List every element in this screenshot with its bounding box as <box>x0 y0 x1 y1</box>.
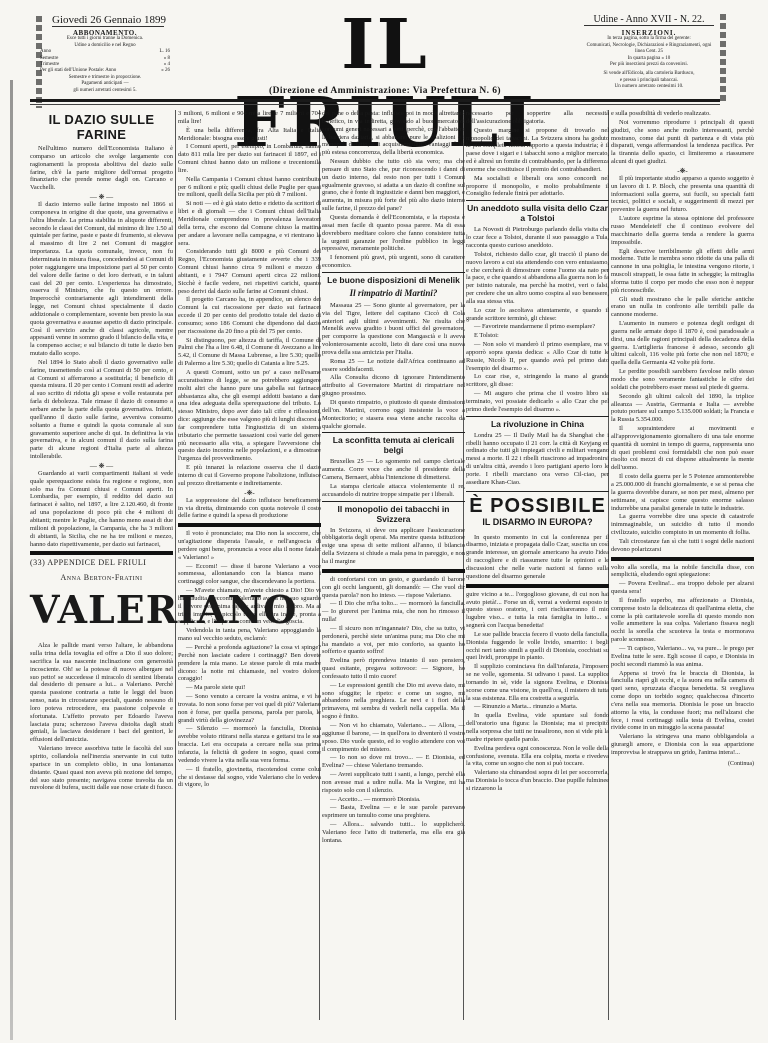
article-paragraph: Bruxelles 25 — Lo sgomento nel campo cle… <box>322 458 465 482</box>
masthead-rule-thin <box>30 104 720 105</box>
article-paragraph: Il costo della guerra per le 5 Potenze a… <box>611 473 754 512</box>
article-paragraph: Nell'ultimo numero dell'Economista Itali… <box>30 145 173 192</box>
article-headline-belgi: La sconfitta temuta ai clericali belgi <box>322 432 465 455</box>
section-rule <box>322 569 465 573</box>
advertising-line: Un numero arretrato centesimi 10. <box>582 84 716 90</box>
subscription-note: gli numeri arretrati centesimi 5. <box>40 88 170 94</box>
feuilleton-paragraph: Il voto è pronunciato; ma Dio non la soc… <box>178 530 321 561</box>
feuilleton-paragraph: Il fratello superbo, ma affezionato a Di… <box>611 597 754 644</box>
article-paragraph: Il più importante studio apparso a quest… <box>611 175 754 214</box>
feuilleton-paragraph: — Silenzio — mormorò la fanciulla, Dioni… <box>178 725 321 764</box>
feuilleton-paragraph: — Il Dio che m'ha tolto... — mormorò la … <box>322 600 465 624</box>
feuilleton-paragraph: — Avrei supplicato tutti i santi, a lung… <box>322 771 465 795</box>
feuilleton-paragraph: — Ti capisco, Valeriano... va, va pure..… <box>611 645 754 669</box>
ornament-divider: -❋- <box>178 489 321 497</box>
feuilleton-paragraph: di confortarsi con un gesto, e guardando… <box>322 576 465 600</box>
article-paragraph: Nella Campania i Comuni chiusi hanno con… <box>178 176 321 200</box>
section-rule <box>178 523 321 527</box>
article-paragraph: E Tolstoi: <box>466 332 609 340</box>
article-paragraph: L'autore esprime la stessa opinione del … <box>611 215 754 246</box>
article-paragraph: Nessun dubbio che tutto ciò sia vero; ma… <box>322 158 465 213</box>
article-paragraph: Si distinguono, per altezza di tariffa, … <box>178 337 321 368</box>
feuilleton-header: (33) APPENDICE DEL FRIULI <box>30 558 173 568</box>
article-headline-tolstoi: Un aneddoto sulla visita dello Czar a To… <box>466 200 609 223</box>
feuilleton-paragraph: — Basta, Evelina — e le sue parole parev… <box>322 804 465 820</box>
article-paragraph: Nel 1894 lo Stato abolì il dazio governa… <box>30 359 173 461</box>
article-paragraph: 3 milioni, 6 milioni e 904 mila lire, e … <box>178 110 321 126</box>
column-rule <box>175 110 176 1020</box>
article-paragraph: Tolstoi, richiesto dallo czar, gli tracc… <box>466 251 609 306</box>
article-paragraph: Considerando tutti gli 8000 e più Comuni… <box>178 248 321 295</box>
article-paragraph: I Comuni aperti, per esempio, in Lombard… <box>178 143 321 174</box>
article-paragraph: Alla Consulta dicono di ignorare l'inten… <box>322 374 465 398</box>
article-paragraph: La Novosti di Pietroburgo parlando della… <box>466 226 609 250</box>
feuilleton-paragraph: — Io non so dove mi trovo... — E Dionisi… <box>322 754 465 770</box>
column-5: e sulla possibilità di vederlo realizzat… <box>611 110 754 769</box>
article-paragraph: e sulla possibilità di vederlo realizzat… <box>611 110 754 118</box>
article-paragraph: A questi Comuni, sotto un po' a caso nel… <box>178 369 321 463</box>
feuilleton-paragraph: — Ma parole siete qui! <box>178 684 321 692</box>
rate-label: Per gli stati dell'Unione Postale: Anno <box>40 68 116 74</box>
article-paragraph: E più innanzi la relazione osserva che i… <box>178 464 321 488</box>
feuilleton-paragraph: Valeriano invece assorbiva tutte le faco… <box>30 745 173 792</box>
column-4: necessario per sopperire alla necessità … <box>466 110 609 794</box>
feuilleton-paragraph: Vedendola in tanta pena, Valeriano appog… <box>178 627 321 643</box>
article-paragraph: Massaua 25 — Sono giunte al governatore,… <box>322 302 465 357</box>
feuilleton-paragraph: Le sue pallide braccia fecero il vuoto d… <box>466 631 609 662</box>
feuilleton-paragraph: Evelina perdeva ogni conoscenza. Non le … <box>466 745 609 769</box>
feuilleton-paragraph: Valeriano sta chinandosi sopra di lei pe… <box>466 769 609 793</box>
advertising-line: Comunicati, Necrologie, Dichiarazioni e … <box>582 43 716 56</box>
article-paragraph: Questo margine si propone di trovarlo ne… <box>466 127 609 174</box>
article-paragraph: del pane o della pasta: influisce poi in… <box>322 110 465 157</box>
issue-number: Udine - Anno XVII - N. 22. <box>584 14 714 26</box>
article-paragraph: Noi vorremmo riprodurre i principali di … <box>611 119 754 166</box>
rate-value: » 26 <box>161 68 170 74</box>
feuilleton-paragraph: — Accetto... — mormorò Dionisia. <box>322 796 465 804</box>
article-paragraph: Il dazio interno sulle farine imposto ne… <box>30 201 173 358</box>
page-edge-shadow <box>10 80 13 1040</box>
article-paragraph: L'aumento in numero e potenza degli ordi… <box>611 320 754 367</box>
article-paragraph: — Non solo vi manderò il primo esemplare… <box>466 341 609 372</box>
feuilleton-paragraph: — Il sicuro non m'ingannate? Dio, che sa… <box>322 625 465 656</box>
article-headline-cina: La rivoluzione in China <box>466 416 609 429</box>
feuilleton-paragraph: Alza le pallide mani verso l'altare, le … <box>30 642 173 744</box>
feuilleton-paragraph: guire vicino a te... l'orgoglioso giovan… <box>466 591 609 630</box>
article-paragraph: I fenomeni più gravi, più urgenti, sono … <box>322 254 465 270</box>
article-paragraph: La stampa clericale attacca violentement… <box>322 483 465 499</box>
article-subheadline-martini: Il rimpatrio di Martini? <box>322 288 465 299</box>
feuilleton-paragraph: Evelina però riprendeva intanto il suo p… <box>322 657 465 681</box>
article-paragraph: — Mi auguro che prima che il vostro libr… <box>466 390 609 414</box>
article-paragraph: — Favorirete mandarmene il primo esempla… <box>466 323 609 331</box>
newspaper-address: (Direzione ed Amministrazione: Via Prefe… <box>196 86 574 96</box>
feuilleton-paragraph: — Povera Evelina!... era troppo debole p… <box>611 580 754 596</box>
feuilleton-paragraph: — Il fratello, giovinetta, riscotendosi … <box>178 766 321 790</box>
ornament-divider: — ❋ — <box>30 193 173 201</box>
article-paragraph: In Svizzera, si deve ora applicare l'ass… <box>322 527 465 566</box>
feuilleton-paragraph: — Allora... salvando tutti... lo supplic… <box>322 821 465 845</box>
article-paragraph: La guerra vorrebbe dire una specie di ca… <box>611 513 754 537</box>
article-subheadline-disarmo: IL DISARMO IN EUROPA? <box>466 517 609 528</box>
advertising-box: INSERZIONI. In terza pagina, sotto la fi… <box>582 30 716 91</box>
article-paragraph: Il progetto Carcano ha, in appendice, un… <box>178 296 321 335</box>
article-paragraph: Si noti — ed è già stato detto e ridetto… <box>178 200 321 247</box>
article-paragraph: Gli studi mostrano che le palle sferiche… <box>611 296 754 320</box>
article-headline-svizzera: Il monopolio dei tabacchi in Svizzera <box>322 501 465 524</box>
article-paragraph: Lo czar rise, e, stringendo la mano al g… <box>466 373 609 389</box>
article-paragraph: Le perdite possibili sarebbero favolose … <box>611 368 754 392</box>
feuilleton-paragraph: In quella Evelina, vide spuntare sul fon… <box>466 712 609 743</box>
feuilleton-paragraph: — Perchè a profonda agitazione? la cosa … <box>178 644 321 683</box>
feuilleton-paragraph: — Non vi ho chiamato, Valeriano... — All… <box>322 722 465 753</box>
section-rule <box>611 557 754 561</box>
feuilleton-paragraph: — Rinunzio a Marta... rinunzio a Marta. <box>466 703 609 711</box>
masthead: Giovedì 26 Gennaio 1899 ABBONAMENTO. Esc… <box>0 0 768 110</box>
vertical-margin-text-right <box>720 14 726 104</box>
article-headline-possibile: È POSSIBILE <box>466 495 609 517</box>
article-headline-menelik: Le buone disposizioni di Menelik <box>322 272 465 285</box>
article-paragraph: Il sopraintendere ai movimenti e all'app… <box>611 425 754 472</box>
column-3: del pane o della pasta: influisce poi in… <box>322 110 465 846</box>
newspaper-page: Giovedì 26 Gennaio 1899 ABBONAMENTO. Esc… <box>0 0 768 1043</box>
column-1: IL DAZIO SULLE FARINE Nell'ultimo numero… <box>30 110 173 793</box>
article-paragraph: Di questo rimpatrio, o piuttosto di ques… <box>322 399 465 430</box>
ornament-divider: -❋- <box>611 167 754 175</box>
article-paragraph: Secondo gli ultimi calcoli del 1890, la … <box>611 393 754 424</box>
subscription-box: ABBONAMENTO. Esce tutti i giorni tranne … <box>40 30 170 94</box>
article-paragraph: Egli descrive terribilmente gli effetti … <box>611 248 754 295</box>
feuilleton-title: VALERIANO <box>30 588 173 632</box>
masthead-rule <box>30 99 720 102</box>
article-paragraph: Guardando ai varii compartimenti italian… <box>30 470 173 548</box>
feuilleton-paragraph: — Eccomi! — disse il barone Valeriano a … <box>178 563 321 587</box>
article-paragraph: È una bella differenza, fra Alta Italia … <box>178 127 321 143</box>
article-paragraph: In questo momento in cui la conferenza p… <box>466 534 609 581</box>
article-paragraph: La soppressione del dazio influisce bene… <box>178 497 321 521</box>
continued-note: (Continua) <box>611 761 754 769</box>
feuilleton-paragraph: — M'avete chiamato, m'avete chiesto a Di… <box>178 587 321 626</box>
column-2: 3 milioni, 6 milioni e 904 mila lire, e … <box>178 110 321 790</box>
article-paragraph: Tali circostanze fan sì che tutti i sogn… <box>611 538 754 554</box>
issue-date: Giovedì 26 Gennaio 1899 <box>52 14 164 27</box>
feuilleton-paragraph: — Le espressioni gentili che Dio mi avev… <box>322 682 465 721</box>
article-paragraph: Questa domanda è dell'Economista, e la r… <box>322 214 465 253</box>
article-paragraph: necessario per sopperire alla necessità … <box>466 110 609 126</box>
feuilleton-paragraph: Valeriano la stringeva una mano obbligan… <box>611 733 754 757</box>
feuilleton-paragraph: — Sono venuto a cercare la vostra anima,… <box>178 693 321 724</box>
article-paragraph: Lo czar lo ascoltava attentamente, e qua… <box>466 307 609 323</box>
section-rule <box>30 551 173 555</box>
feuilleton-paragraph: Appena si trovò fra le braccia di Dionis… <box>611 670 754 733</box>
article-paragraph: Roma 25 — Le notizie dall'Africa continu… <box>322 358 465 374</box>
feuilleton-paragraph: Il supplizio cominciava fin dall'infanzi… <box>466 663 609 702</box>
feuilleton-paragraph: volto alla sorella, ma la nobile fanciul… <box>611 564 754 580</box>
section-rule <box>466 584 609 588</box>
ornament-divider: — ❋ — <box>30 462 173 470</box>
article-headline-dazio: IL DAZIO SULLE FARINE <box>30 112 173 142</box>
feuilleton-author: Anna Berton-Fratini <box>30 574 173 582</box>
article-paragraph: Londra 25 — Il Daily Mail ha da Shanghai… <box>466 432 609 487</box>
article-paragraph: Ma socialisti e liberali ora sono concor… <box>466 175 609 199</box>
